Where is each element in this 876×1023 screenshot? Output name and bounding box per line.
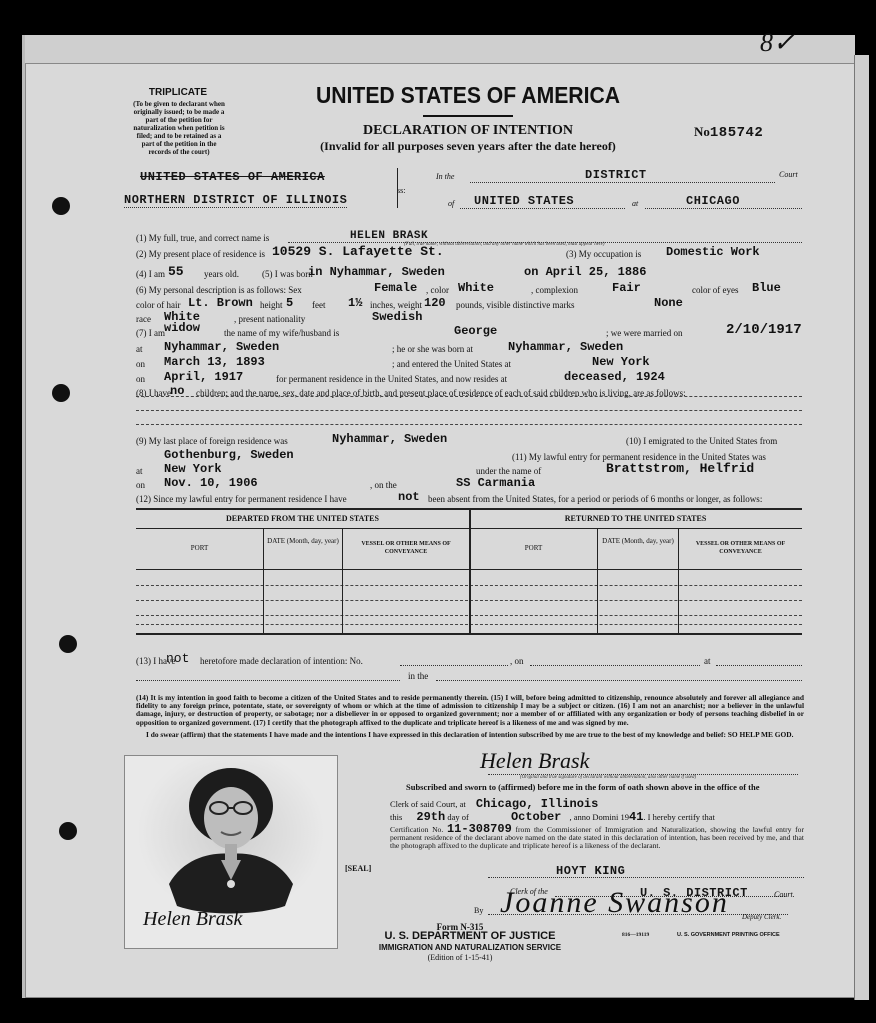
foreign-residence-value: Nyhammar, Sweden xyxy=(332,432,447,446)
q13-on-label: , on xyxy=(510,656,524,666)
field-row-entry: at New York under the name of Brattstrom… xyxy=(136,462,802,476)
occupation-value: Domestic Work xyxy=(666,245,760,259)
on-label: on xyxy=(136,359,145,369)
birth-date-value: on April 25, 1886 xyxy=(524,265,646,279)
court-city-line xyxy=(645,208,802,209)
table-col-divider xyxy=(342,528,343,634)
this-label: this xyxy=(390,812,402,822)
height-label: height xyxy=(260,300,283,310)
col-header-date: DATE (Month, day, year) xyxy=(264,537,342,545)
hair-value: Lt. Brown xyxy=(188,296,253,310)
venue-bracket xyxy=(397,168,398,208)
col-header-date: DATE (Month, day, year) xyxy=(598,537,678,545)
q13-line xyxy=(530,664,700,666)
q10-label: (10) I emigrated to the United States fr… xyxy=(626,436,777,446)
venue-country-struck: UNITED STATES OF AMERICA xyxy=(140,170,325,184)
vessel-value: SS Carmania xyxy=(456,476,535,490)
table-col-divider xyxy=(597,528,598,634)
q13-line xyxy=(436,679,802,681)
q13-at-label: at xyxy=(704,656,711,666)
venue-ss: ss: xyxy=(397,186,405,195)
number-value: 185742 xyxy=(710,125,763,141)
document-title: UNITED STATES OF AMERICA xyxy=(284,82,652,109)
field-row-foreign-residence: (9) My last place of foreign residence w… xyxy=(136,432,802,446)
full-name-value: HELEN BRASK xyxy=(350,230,428,242)
q13-line xyxy=(400,664,508,666)
age-value: 55 xyxy=(168,264,184,279)
q7-label: (7) I am xyxy=(136,328,165,338)
at-label: at xyxy=(632,199,638,208)
q5-label: (5) I was born xyxy=(262,269,313,279)
color-label: , color xyxy=(426,285,449,295)
field-row-entry-date: on Nov. 10, 1906 , on the SS Carmania xyxy=(136,476,802,490)
hair-label: color of hair xyxy=(136,300,180,310)
at-label: at xyxy=(136,344,143,354)
court-type: DISTRICT xyxy=(585,168,647,182)
perm-label: for permanent residence in the United St… xyxy=(276,374,507,384)
eyes-value: Blue xyxy=(752,281,781,295)
punch-hole-icon xyxy=(59,635,77,653)
oath-swear: I do swear (affirm) that the statements … xyxy=(136,731,804,739)
q13-line xyxy=(136,679,400,681)
jurat-cert-block: Certification No. 11-308709 from the Com… xyxy=(390,825,804,851)
validity-note: (Invalid for all purposes seven years af… xyxy=(258,139,678,154)
field-row-physical: color of hair Lt. Brown height 5 feet 1½… xyxy=(136,296,802,310)
married-place-value: Nyhammar, Sweden xyxy=(164,340,279,354)
entry-date-value: Nov. 10, 1906 xyxy=(164,476,258,490)
children-line xyxy=(136,410,802,411)
feet-label: feet xyxy=(312,300,326,310)
q13-suffix: heretofore made declaration of intention… xyxy=(200,656,363,666)
q4-label: (4) I am xyxy=(136,269,165,279)
punch-hole-icon xyxy=(52,197,70,215)
copy-note: (To be given to declarant when originall… xyxy=(130,100,228,156)
entry-name-value: Brattstrom, Helfrid xyxy=(606,461,754,476)
jurat-place-value: Chicago, Illinois xyxy=(476,797,598,811)
col-header-vessel: VESSEL OR OTHER MEANS OF CONVEYANCE xyxy=(343,540,469,556)
field-row-emigrated: Gothenburg, Sweden (11) My lawful entry … xyxy=(136,448,802,462)
court-label: Court xyxy=(779,170,798,179)
venue-district: NORTHERN DISTRICT OF ILLINOIS xyxy=(124,193,347,208)
weight-value: 120 xyxy=(424,296,446,310)
jurat-month-value: October xyxy=(511,810,561,824)
edition-label: (Edition of 1-15-41) xyxy=(360,953,560,962)
at-label: at xyxy=(136,466,143,476)
complexion-value: Fair xyxy=(612,281,641,295)
color-value: White xyxy=(458,281,494,295)
spouse-name-value: George xyxy=(454,324,497,338)
absent-value: not xyxy=(398,490,420,504)
col-header-port: PORT xyxy=(136,544,263,552)
oath-text: (14) It is my intention in good faith to… xyxy=(136,694,804,727)
q3-label: (3) My occupation is xyxy=(566,249,641,259)
declaration-number: No185742 xyxy=(694,124,763,141)
spouse-birthplace-value: Nyhammar, Sweden xyxy=(508,340,623,354)
printer-label: U. S. GOVERNMENT PRINTING OFFICE xyxy=(677,932,780,938)
table-col-divider xyxy=(263,528,264,634)
field-row-marital: (7) I am widow the name of my wife/husba… xyxy=(136,324,802,338)
residence-value: 10529 S. Lafayette St. xyxy=(272,244,444,259)
q13-in-the-label: in the xyxy=(408,671,428,681)
table-col-divider xyxy=(678,528,679,634)
married-label: ; we were married on xyxy=(606,328,682,338)
court-of: UNITED STATES xyxy=(474,194,574,208)
spouse-born-label: ; he or she was born at xyxy=(392,344,473,354)
spouse-birth-date-value: March 13, 1893 xyxy=(164,355,265,369)
entered-label: ; and entered the United States at xyxy=(392,359,511,369)
punch-hole-icon xyxy=(52,384,70,402)
married-date-value: 2/10/1917 xyxy=(726,322,802,338)
field-row-marriage-place: at Nyhammar, Sweden ; he or she was born… xyxy=(136,340,802,354)
declarant-signature: Helen Brask xyxy=(480,748,589,774)
spouse-status-value: deceased, 1924 xyxy=(564,370,665,384)
department-name: U. S. DEPARTMENT OF JUSTICE xyxy=(360,930,580,942)
table-center-divider xyxy=(469,508,471,634)
field-row-age-birth: (4) I am 55 years old. (5) I was born in… xyxy=(136,265,802,279)
marks-value: None xyxy=(654,296,683,310)
jurat-day-value: 29th xyxy=(416,810,445,824)
certify-label: . I hereby certify that xyxy=(643,812,715,822)
entry-port-value: New York xyxy=(164,462,222,476)
clerk-name: HOYT KING xyxy=(556,864,625,878)
field-row-residence: (2) My present place of residence is 105… xyxy=(136,245,802,259)
q9-label: (9) My last place of foreign residence w… xyxy=(136,436,288,446)
print-code: 816—19119 xyxy=(622,932,649,938)
court-city: CHICAGO xyxy=(686,194,740,208)
marital-status-value: widow xyxy=(164,321,200,335)
deputy-label: Deputy Clerk. xyxy=(742,913,781,921)
on-label: on xyxy=(136,480,145,490)
eyes-label: color of eyes xyxy=(692,285,738,295)
clerk-name-line xyxy=(488,877,804,878)
field-row-race: race White , present nationality Swedish xyxy=(136,310,802,324)
q4-suffix: years old. xyxy=(204,269,239,279)
on-label: on xyxy=(136,374,145,384)
children-line xyxy=(136,424,802,425)
photo-signature: Helen Brask xyxy=(143,908,242,931)
day-of-label: day of xyxy=(447,812,468,822)
of-label: of xyxy=(448,199,454,208)
field-row-description: (6) My personal description is as follow… xyxy=(136,281,802,295)
nationality-label: , present nationality xyxy=(234,314,305,324)
jurat-year-value: 41 xyxy=(629,810,643,824)
q1-label: (1) My full, true, and correct name is xyxy=(136,233,269,243)
q2-label: (2) My present place of residence is xyxy=(136,249,265,259)
declarant-photo: Helen Brask xyxy=(124,755,338,949)
pounds-label: pounds, visible distinctive marks xyxy=(456,300,575,310)
clerk-at-label: Clerk of said Court, at xyxy=(390,799,466,809)
on-the-label: , on the xyxy=(370,480,397,490)
height-feet-value: 5 xyxy=(286,296,293,310)
complexion-label: , complexion xyxy=(531,285,578,295)
children-line xyxy=(136,396,802,397)
nationality-value: Swedish xyxy=(372,310,422,324)
table-left-title: DEPARTED FROM THE UNITED STATES xyxy=(136,514,469,523)
jurat-line1: Subscribed and sworn to (affirmed) befor… xyxy=(406,782,806,792)
field-row-spouse-birth: on March 13, 1893 ; and entered the Unit… xyxy=(136,355,802,369)
birth-place-value: in Nyhammar, Sweden xyxy=(308,265,445,279)
page-top-edge xyxy=(25,35,855,64)
spouse-entry-port-value: New York xyxy=(592,355,650,369)
height-inches-value: 1½ xyxy=(348,296,362,310)
spouse-entry-date-value: April, 1917 xyxy=(164,370,243,384)
by-label: By xyxy=(474,906,483,915)
emigrated-from-value: Gothenburg, Sweden xyxy=(164,448,294,462)
seal-label: [SEAL] xyxy=(345,864,371,873)
anno-label: , anno Domini 19 xyxy=(570,812,630,822)
field-row-prior-court: in the xyxy=(136,667,802,681)
inches-label: inches, weight xyxy=(370,300,422,310)
punch-hole-icon xyxy=(59,822,77,840)
spouse-label: the name of my wife/husband is xyxy=(224,328,339,338)
page-right-edge xyxy=(854,55,869,1000)
q12-suffix: been absent from the United States, for … xyxy=(428,494,762,504)
col-header-port: PORT xyxy=(470,544,597,552)
field-row-name: (1) My full, true, and correct name is H… xyxy=(136,229,802,243)
field-row-absence: (12) Since my lawful entry for permanent… xyxy=(136,490,802,504)
under-name-label: under the name of xyxy=(476,466,541,476)
in-the-label: In the xyxy=(436,172,454,181)
deputy-signature: Joanne Swanson xyxy=(500,886,729,920)
court-of-line xyxy=(460,208,625,209)
table-right-title: RETURNED TO THE UNITED STATES xyxy=(469,514,802,523)
q13-value: not xyxy=(166,651,189,666)
service-name: IMMIGRATION AND NATURALIZATION SERVICE xyxy=(350,943,590,952)
court-suffix: Court. xyxy=(774,890,795,899)
col-header-vessel: VESSEL OR OTHER MEANS OF CONVEYANCE xyxy=(679,540,802,556)
q12-label: (12) Since my lawful entry for permanent… xyxy=(136,494,347,504)
race-label: race xyxy=(136,314,151,324)
q6-label: (6) My personal description is as follow… xyxy=(136,285,302,295)
number-prefix: No xyxy=(694,124,710,139)
title-rule xyxy=(423,115,513,117)
page-annotation: 8✓ xyxy=(760,28,795,58)
jurat-place-row: Clerk of said Court, at Chicago, Illinoi… xyxy=(390,797,804,811)
court-type-line xyxy=(470,182,775,183)
document-subtitle: DECLARATION OF INTENTION xyxy=(268,123,668,139)
field-row-prior-declaration: (13) I have not heretofore made declarat… xyxy=(136,652,802,666)
signature-hint: (Original and true signature of declaran… xyxy=(520,775,696,780)
copy-label: TRIPLICATE xyxy=(128,87,228,98)
q13-line xyxy=(716,664,802,666)
sex-value: Female xyxy=(374,281,417,295)
field-row-spouse-entry: on April, 1917 for permanent residence i… xyxy=(136,370,802,384)
